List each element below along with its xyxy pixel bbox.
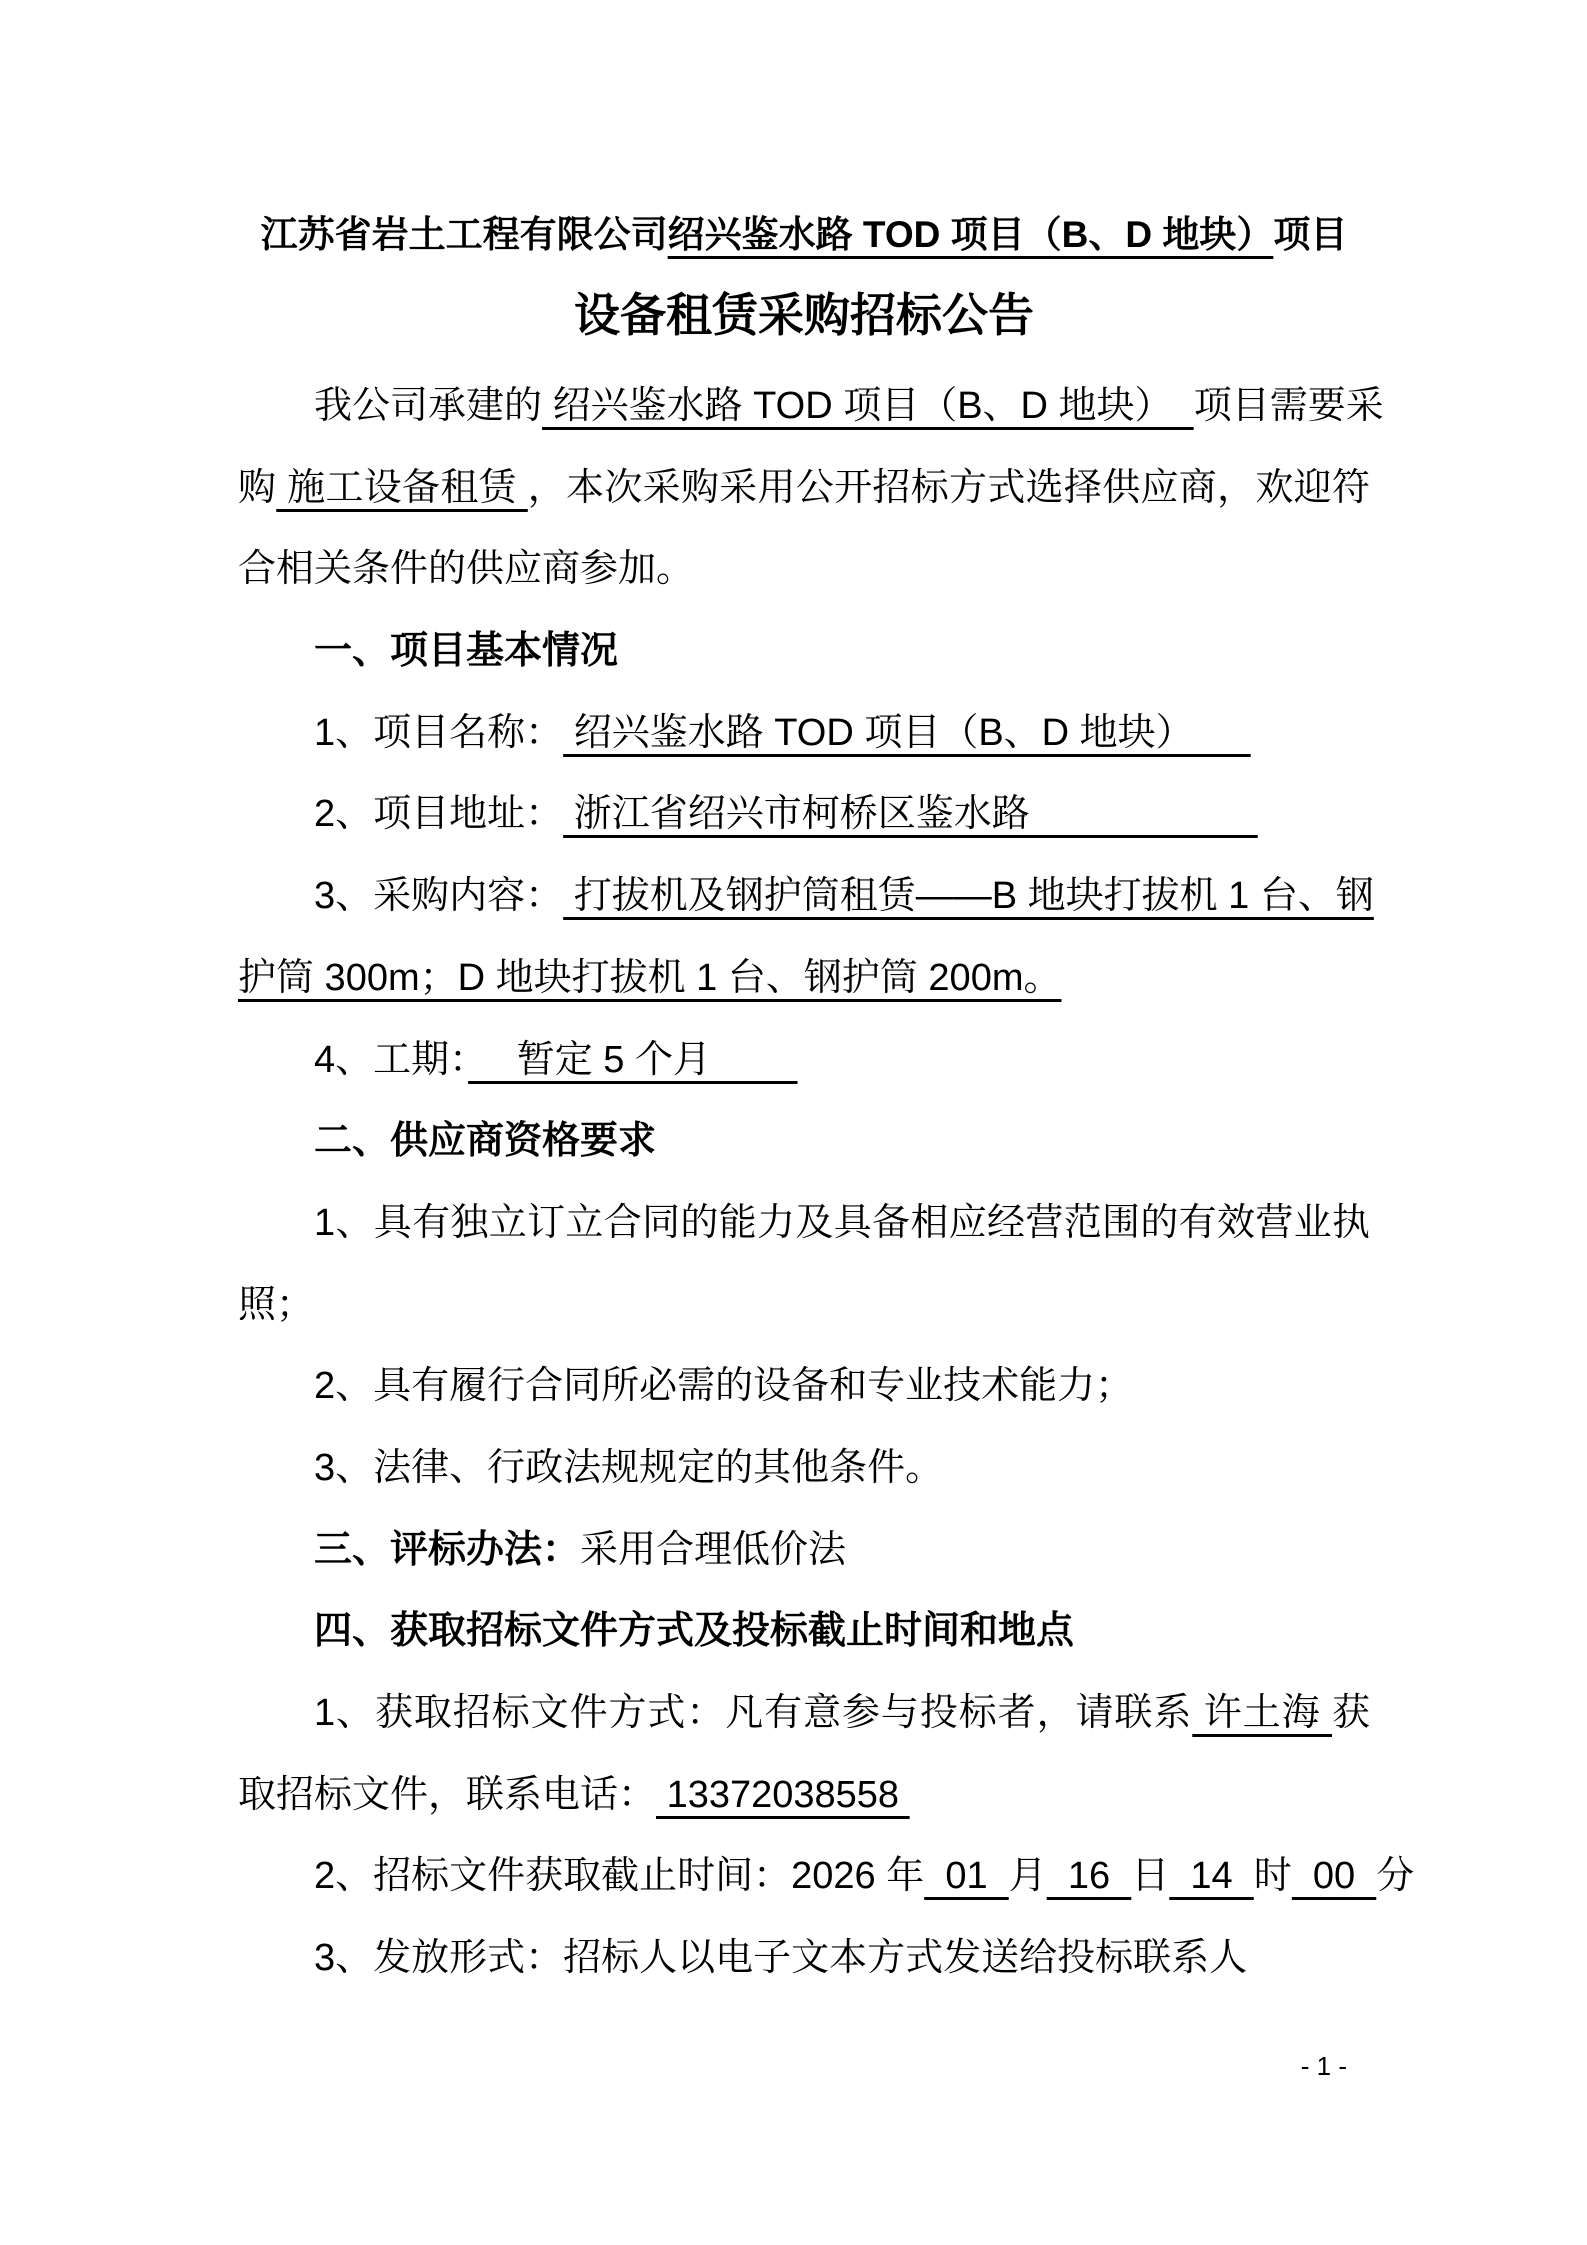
text-segment: 分 <box>1376 1855 1414 1897</box>
text-segment: 3、法律、行政法规规定的其他条件。 <box>314 1447 943 1489</box>
item-qualification-1-line-2: 照； <box>238 1265 1370 1347</box>
text-segment: ，本次采购采用公开招标方式选择供应商，欢迎符 <box>528 467 1370 509</box>
item-procurement-content-line-1: 3、采购内容： 打拔机及钢护筒租赁——B 地块打拔机 1 台、钢 <box>238 856 1370 938</box>
heading-section-4: 四、获取招标文件方式及投标截止时间和地点 <box>238 1591 1370 1673</box>
heading-text: 四、获取招标文件方式及投标截止时间和地点 <box>314 1610 1074 1652</box>
text-segment: 购 <box>238 467 276 509</box>
item-qualification-3: 3、法律、行政法规规定的其他条件。 <box>238 1428 1370 1510</box>
item-qualification-2: 2、具有履行合同所必需的设备和专业技术能力； <box>238 1346 1370 1428</box>
page-number: - 1 - <box>1301 2046 1347 2086</box>
title-text: 项目 <box>1273 214 1347 255</box>
document-body: 我公司承建的 绍兴鉴水路 TOD 项目（B、D 地块） 项目需要采 购 施工设备… <box>238 366 1370 2000</box>
item-project-name: 1、项目名称： 绍兴鉴水路 TOD 项目（B、D 地块） <box>238 693 1370 775</box>
text-segment: 我公司承建的 <box>314 385 542 427</box>
text-segment: 日 <box>1131 1855 1169 1897</box>
phone-number-underlined: 13372038558 <box>656 1774 910 1816</box>
contact-name-underlined: 许土海 <box>1192 1692 1332 1734</box>
text-segment: 3、发放形式：招标人以电子文本方式发送给投标联系人 <box>314 1937 1247 1979</box>
item-qualification-1-line-1: 1、具有独立订立合同的能力及具备相应经营范围的有效营业执 <box>238 1183 1370 1265</box>
text-segment: 2、招标文件获取截止时间：2026 年 <box>314 1855 924 1897</box>
title-text: 江苏省岩土工程有限公司 <box>261 214 668 255</box>
field-label: 1、项目名称： <box>314 712 563 754</box>
item-distribution-form: 3、发放形式：招标人以电子文本方式发送给投标联系人 <box>238 1918 1370 2000</box>
text-segment: 照； <box>238 1284 314 1326</box>
deadline-hour-underlined: 14 <box>1169 1855 1254 1897</box>
text-segment: 采用合理低价法 <box>580 1529 846 1571</box>
text-segment: 获 <box>1332 1692 1370 1734</box>
item-procurement-content-line-2: 护筒 300m；D 地块打拔机 1 台、钢护筒 200m。 <box>238 938 1370 1020</box>
text-segment: 1、具有独立订立合同的能力及具备相应经营范围的有效营业执 <box>314 1202 1370 1244</box>
title-underlined-text: 绍兴鉴水路 TOD 项目（B、D 地块） <box>668 214 1274 255</box>
item-obtain-method-line-2: 取招标文件，联系电话： 13372038558 <box>238 1755 1370 1837</box>
text-segment: 合相关条件的供应商参加。 <box>238 548 694 590</box>
text-segment: 取招标文件，联系电话： <box>238 1774 656 1816</box>
item-deadline: 2、招标文件获取截止时间：2026 年 01 月 16 日 14 时 00 分 <box>238 1836 1370 1918</box>
document-content: 江苏省岩土工程有限公司绍兴鉴水路 TOD 项目（B、D 地块）项目 设备租赁采购… <box>238 195 1370 2000</box>
deadline-day-underlined: 16 <box>1047 1855 1132 1897</box>
heading-text: 三、评标办法： <box>314 1529 580 1571</box>
item-obtain-method-line-1: 1、获取招标文件方式：凡有意参与投标者，请联系 许土海 获 <box>238 1673 1370 1755</box>
field-value-underlined: 暂定 5 个月 <box>468 1039 797 1081</box>
field-value-underlined: 打拔机及钢护筒租赁——B 地块打拔机 1 台、钢 <box>563 875 1374 917</box>
text-segment: 2、具有履行合同所必需的设备和专业技术能力； <box>314 1365 1133 1407</box>
heading-text: 一、项目基本情况 <box>314 630 618 672</box>
heading-text: 二、供应商资格要求 <box>314 1120 656 1162</box>
field-label: 2、项目地址： <box>314 793 563 835</box>
document-page: 江苏省岩土工程有限公司绍兴鉴水路 TOD 项目（B、D 地块）项目 设备租赁采购… <box>0 0 1587 2245</box>
heading-section-1: 一、项目基本情况 <box>238 611 1370 693</box>
field-label: 4、工期： <box>314 1039 468 1081</box>
text-segment: 月 <box>1009 1855 1047 1897</box>
text-segment: 1、获取招标文件方式：凡有意参与投标者，请联系 <box>314 1692 1192 1734</box>
item-duration: 4、工期： 暂定 5 个月 <box>238 1020 1370 1102</box>
heading-section-2: 二、供应商资格要求 <box>238 1101 1370 1183</box>
deadline-month-underlined: 01 <box>924 1855 1009 1897</box>
field-value-underlined: 浙江省绍兴市柯桥区鉴水路 <box>563 793 1258 835</box>
text-segment: 项目需要采 <box>1194 385 1384 427</box>
text-segment: 时 <box>1254 1855 1292 1897</box>
document-title-line-1: 江苏省岩土工程有限公司绍兴鉴水路 TOD 项目（B、D 地块）项目 <box>238 195 1370 275</box>
underlined-segment: 施工设备租赁 <box>276 467 527 509</box>
heading-section-3: 三、评标办法：采用合理低价法 <box>238 1510 1370 1592</box>
para-intro-line-1: 我公司承建的 绍兴鉴水路 TOD 项目（B、D 地块） 项目需要采 <box>238 366 1370 448</box>
para-intro-line-2: 购 施工设备租赁 ，本次采购采用公开招标方式选择供应商，欢迎符 <box>238 448 1370 530</box>
field-value-underlined: 护筒 300m；D 地块打拔机 1 台、钢护筒 200m。 <box>238 957 1061 999</box>
deadline-minute-underlined: 00 <box>1292 1855 1377 1897</box>
field-value-underlined: 绍兴鉴水路 TOD 项目（B、D 地块） <box>563 712 1251 754</box>
underlined-segment: 绍兴鉴水路 TOD 项目（B、D 地块） <box>542 385 1194 427</box>
document-title-line-2: 设备租赁采购招标公告 <box>238 275 1370 355</box>
field-label: 3、采购内容： <box>314 875 563 917</box>
para-intro-line-3: 合相关条件的供应商参加。 <box>238 529 1370 611</box>
item-project-address: 2、项目地址： 浙江省绍兴市柯桥区鉴水路 <box>238 774 1370 856</box>
